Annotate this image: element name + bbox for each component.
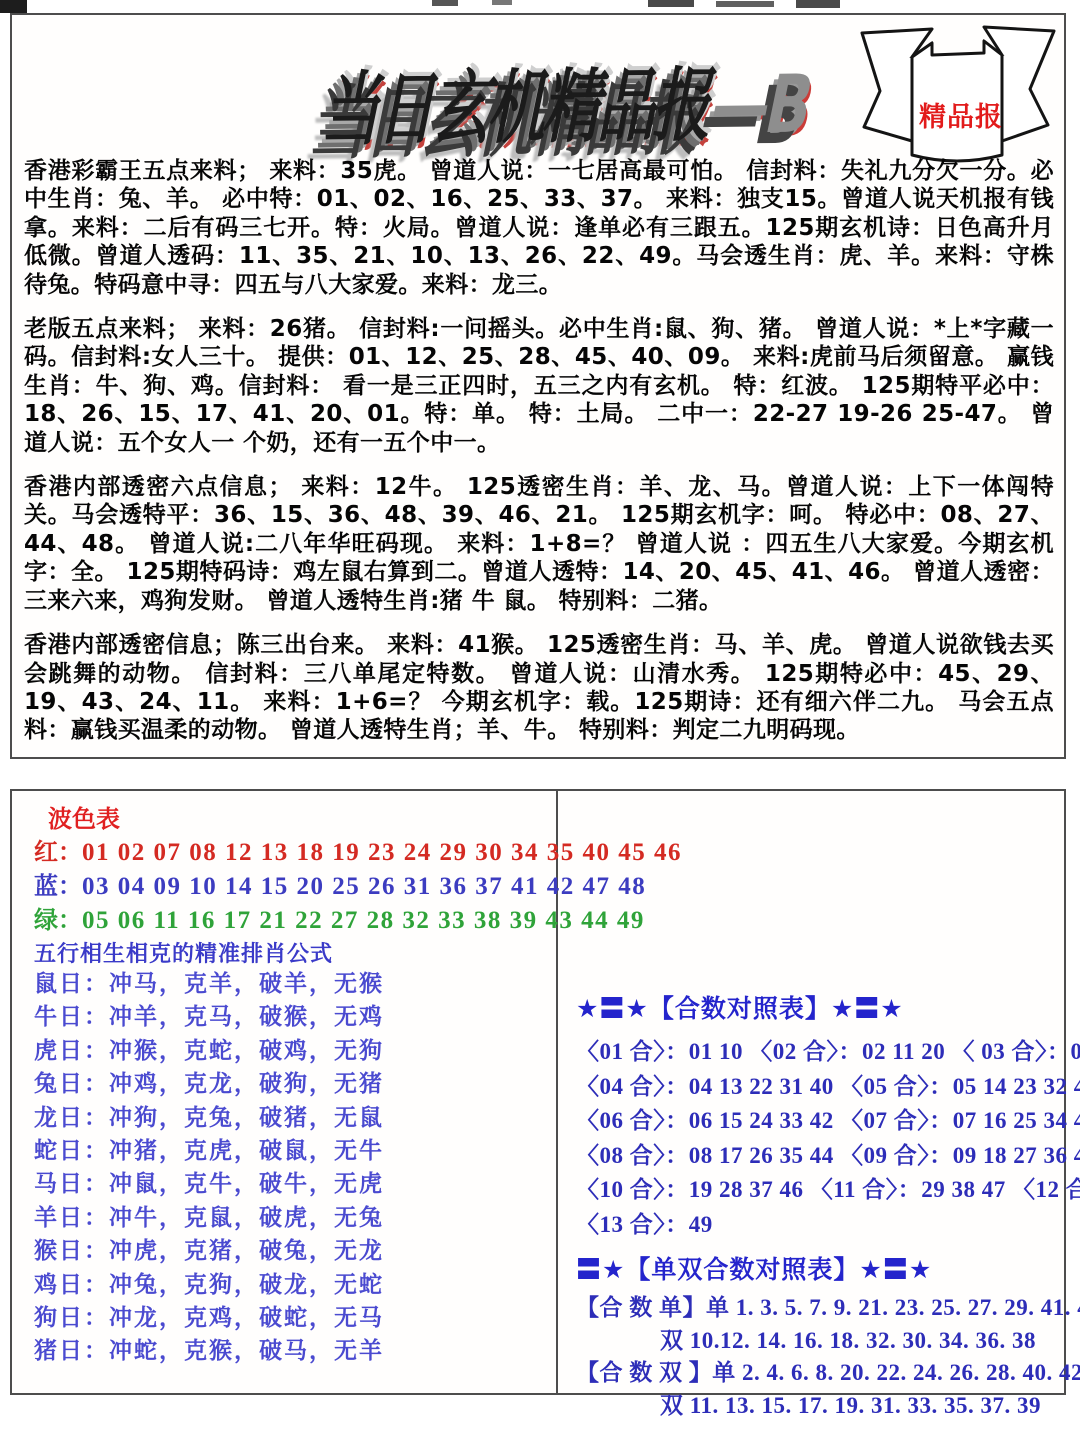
green-wave-label: 绿：	[34, 907, 82, 934]
odd-even-sum-row: 【合 数 双 】单 2. 4. 6. 8. 20. 22. 24. 26. 28…	[576, 1357, 1058, 1390]
scan-artifact	[648, 0, 694, 7]
tables-panel: 波色表 红：01 02 07 08 12 13 18 19 23 24 29 3…	[10, 789, 1066, 1395]
report-title-3d: 当日玄机精品报—B	[316, 39, 822, 161]
zodiac-row-monkey: 猴日：冲虎，克猪，破兔，无龙	[34, 1234, 384, 1267]
red-wave-row: 红：01 02 07 08 12 13 18 19 23 24 29 30 34…	[34, 832, 682, 867]
masthead: 当日玄机精品报—B	[334, 35, 894, 155]
green-wave-row: 绿：05 06 11 16 17 21 22 27 28 32 33 38 39…	[34, 900, 645, 935]
sum-table-row: 〈10 合〉：19 28 37 46 〈11 合〉：29 38 47 〈12 合…	[576, 1173, 1058, 1208]
blue-wave-numbers: 03 04 09 10 14 15 20 25 26 31 36 37 41 4…	[82, 873, 646, 900]
sum-table-row: 〈01 合〉：01 10 〈02 合〉：02 11 20 〈 03 合〉：03 …	[576, 1035, 1058, 1070]
zodiac-row-tiger: 虎日：冲猴，克蛇，破鸡，无狗	[34, 1034, 384, 1067]
red-wave-label: 红：	[34, 839, 82, 866]
tips-paragraph-3: 香港内部透密六点信息； 来料：12牛。 125透密生肖：羊、龙、马。曾道人说：上…	[24, 473, 1054, 615]
blue-wave-label: 蓝：	[34, 873, 82, 900]
odd-even-sum-row: 双 10.12. 14. 16. 18. 32. 30. 34. 36. 38	[576, 1325, 1058, 1358]
odd-even-sum-row: 【合 数 单】单 1. 3. 5. 7. 9. 21. 23. 25. 27. …	[576, 1292, 1058, 1325]
zodiac-row-goat: 羊日：冲牛，克鼠，破虎，无兔	[34, 1201, 384, 1234]
zodiac-row-rooster: 鸡日：冲兔，克狗，破龙，无蛇	[34, 1268, 384, 1301]
zodiac-row-pig: 猪日：冲蛇，克猴，破马，无羊	[34, 1334, 384, 1367]
scan-artifact	[716, 1, 774, 7]
sum-table-row: 〈04 合〉：04 13 22 31 40 〈05 合〉：05 14 23 32…	[576, 1070, 1058, 1105]
tips-paragraphs: 香港彩霸王五点来料； 来料：35虎。 曾道人说：一七居高最可怕。 信封料：失礼九…	[24, 157, 1054, 761]
zodiac-row-dragon: 龙日：冲狗，克兔，破猪，无鼠	[34, 1101, 384, 1134]
wave-table-title: 波色表	[48, 799, 120, 834]
scan-artifact	[796, 0, 840, 8]
red-wave-numbers: 01 02 07 08 12 13 18 19 23 24 29 30 34 3…	[82, 839, 682, 866]
tips-paragraph-4: 香港内部透密信息；陈三出台来。 来料：41猴。 125透密生肖：马、羊、虎。 曾…	[24, 631, 1054, 745]
blue-wave-row: 蓝：03 04 09 10 14 15 20 25 26 31 36 37 41…	[34, 866, 646, 901]
zodiac-row-dog: 狗日：冲龙，克鸡，破蛇，无马	[34, 1301, 384, 1334]
tips-paragraph-1: 香港彩霸王五点来料； 来料：35虎。 曾道人说：一七居高最可怕。 信封料：失礼九…	[24, 157, 1054, 299]
sum-tables-column: ★〓★【合数对照表】★〓★ 〈01 合〉：01 10 〈02 合〉：02 11 …	[576, 989, 1058, 1422]
zodiac-row-horse: 马日：冲鼠，克牛，破牛，无虎	[34, 1167, 384, 1200]
ribbon-banner: 精品报	[852, 7, 1066, 163]
sum-table-row: 〈13 合〉：49	[576, 1208, 1058, 1243]
zodiac-table: 鼠日：冲马，克羊，破羊，无猴 牛日：冲羊，克马，破猴，无鸡 虎日：冲猴，克蛇，破…	[34, 967, 384, 1368]
scan-artifact	[432, 0, 458, 6]
zodiac-row-ox: 牛日：冲羊，克马，破猴，无鸡	[34, 1000, 384, 1033]
zodiac-row-rat: 鼠日：冲马，克羊，破羊，无猴	[34, 967, 384, 1000]
sum-table-title: ★〓★【合数对照表】★〓★	[576, 989, 1058, 1025]
report-title-suffix: —B	[703, 57, 819, 152]
zodiac-row-rabbit: 兔日：冲鸡，克龙，破狗，无猪	[34, 1067, 384, 1100]
scan-artifact	[492, 0, 512, 5]
ribbon-label: 精品报	[919, 95, 1003, 134]
scan-artifact-corner	[0, 0, 27, 13]
odd-even-sum-table-title: 〓★【单双合数对照表】★〓★	[576, 1250, 1058, 1286]
sum-table-row: 〈06 合〉：06 15 24 33 42 〈07 合〉：07 16 25 34…	[576, 1104, 1058, 1139]
odd-even-sum-row: 双 11. 13. 15. 17. 19. 31. 33. 35. 37. 39	[576, 1390, 1058, 1423]
zodiac-formula-title: 五行相生相克的精准排肖公式	[34, 937, 333, 968]
ribbon-scroll-graphic	[852, 7, 1066, 163]
sum-table-row: 〈08 合〉：08 17 26 35 44 〈09 合〉：09 18 27 36…	[576, 1139, 1058, 1174]
tips-paragraph-2: 老版五点来料； 来料：26猪。 信封料:一问摇头。必中生肖:鼠、狗、猪。 曾道人…	[24, 315, 1054, 457]
report-title-text: 当日玄机精品报	[317, 58, 722, 156]
green-wave-numbers: 05 06 11 16 17 21 22 27 28 32 33 38 39 4…	[82, 907, 645, 934]
zodiac-row-snake: 蛇日：冲猪，克虎，破鼠，无牛	[34, 1134, 384, 1167]
main-report-panel: 当日玄机精品报—B 精品报 香港彩霸王五点来料； 来料：35虎。 曾道人说：一七…	[10, 13, 1066, 759]
